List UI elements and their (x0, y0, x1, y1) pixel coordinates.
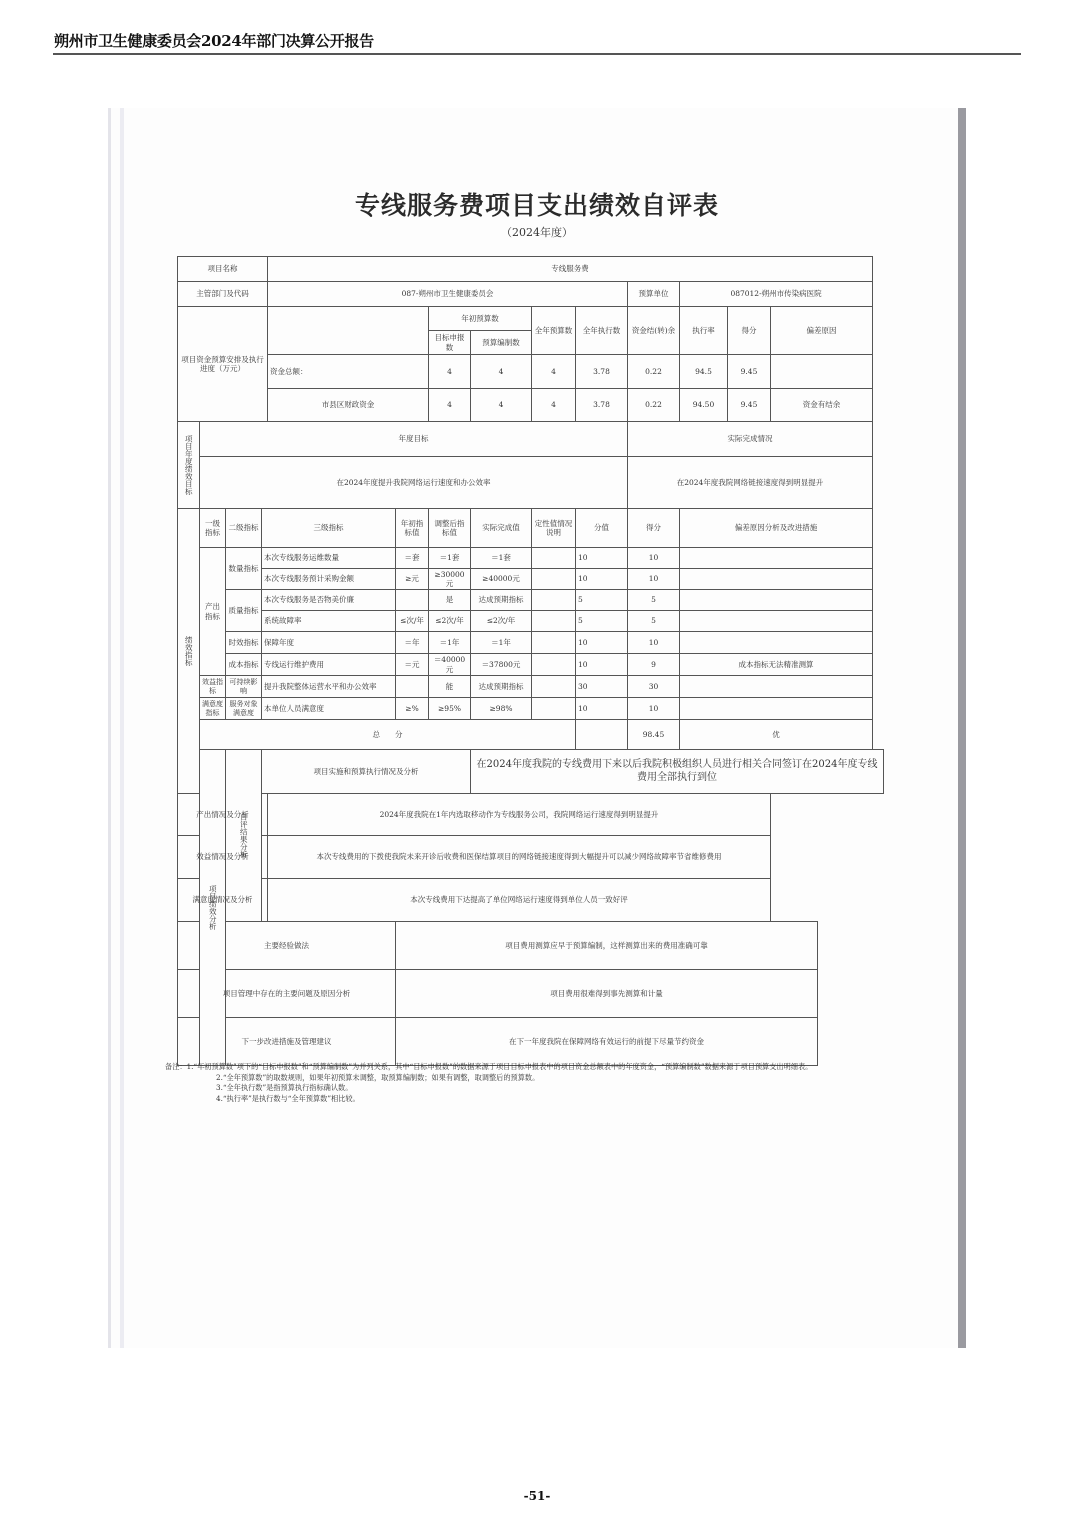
analysis-content: 项目费用测算应早于预算编制，这样测算出来的费用准确可靠 (396, 922, 818, 970)
annual-goal-text: 在2024年度提升我院网络运行速度和办公效率 (200, 457, 628, 509)
qualitative (532, 654, 576, 676)
deviation (680, 676, 873, 698)
deviation (680, 698, 873, 720)
indicator-row: 满意度指标 服务对象满意度 本单位人员满意度 ≥% ≥95% ≥98% 10 1… (178, 698, 884, 720)
deviation-header: 偏差原因 (771, 307, 873, 355)
analysis-row: 项目管理中存在的主要问题及原因分析 项目费用很难得到事先测算和计量 (178, 970, 884, 1018)
actual: 达成预期指标 (471, 590, 532, 611)
budget-executed: 3.78 (576, 389, 628, 422)
budget-full-year: 4 (532, 389, 576, 422)
total-weight (576, 720, 628, 750)
compiled-header: 预算编制数 (471, 331, 532, 355)
indicator-row: 产出指标 数量指标 本次专线服务运维数量 ＝套 ＝1套 ＝1套 10 10 (178, 548, 884, 569)
analysis-label: 下一步改进措施及管理建议 (178, 1018, 396, 1066)
weight: 5 (576, 611, 628, 632)
adjusted: ＝1年 (429, 632, 471, 654)
actual: ＝37800元 (471, 654, 532, 676)
actual: ≥40000元 (471, 569, 532, 590)
goals-content-row: 在2024年度提升我院网络运行速度和办公效率 在2024年度我院网络链接速度得到… (178, 457, 884, 509)
analysis-row: 项目绩效分析 自评结果分析 项目实施和预算执行情况及分析 在2024年度我院的专… (178, 750, 884, 794)
total-row: 总 分 98.45 优 (178, 720, 884, 750)
level1-output: 产出指标 (200, 548, 226, 676)
ind-score-header: 得分 (628, 509, 680, 548)
score: 10 (628, 632, 680, 654)
dept-value: 087-朔州市卫生健康委员会 (268, 282, 628, 307)
indicator-row: 系统故障率 ≤次/年 ≤2次/年 ≤2次/年 5 5 (178, 611, 884, 632)
project-name-label: 项目名称 (178, 257, 268, 282)
indicator-row: 质量指标 本次专线服务是否物美价廉 是 达成预期指标 5 5 (178, 590, 884, 611)
annual-goal-header: 年度目标 (200, 422, 628, 457)
level3: 专线运行维护费用 (262, 654, 396, 676)
initial: ≥% (396, 698, 429, 720)
deviation (680, 611, 873, 632)
score: 5 (628, 590, 680, 611)
performance-evaluation-table: 项目名称 专线服务费 主管部门及代码 087-朔州市卫生健康委员会 预算单位 0… (177, 256, 884, 1066)
level1-satisfaction: 满意度指标 (200, 698, 226, 720)
analysis-content: 2024年度我院在1年内选取移动作为专线服务公司，我院网络运行速度得到明显提升 (268, 794, 771, 836)
adjusted: ＝1套 (429, 548, 471, 569)
goals-header-row: 项目年度绩效目标 年度目标 实际完成情况 (178, 422, 884, 457)
footnotes: 备注：1.“年初预算数”项下的“目标申报数”和“预算编制数”为并列关系，其中“目… (165, 1062, 885, 1104)
qualitative (532, 611, 576, 632)
form-title: 专线服务费项目支出绩效自评表 (0, 186, 1074, 222)
weight: 10 (576, 632, 628, 654)
deviation (680, 632, 873, 654)
unit-value: 087012-朔州市传染病医院 (680, 282, 873, 307)
indicator-row: 本次专线服务预计采购金额 ≥元 ≥30000元 ≥40000元 10 10 (178, 569, 884, 590)
footnote: 4.“执行率”是执行数与“全年预算数”相比较。 (165, 1094, 885, 1105)
analysis-row: 下一步改进措施及管理建议 在下一年度我院在保障网络有效运行的前提下尽量节约资金 (178, 1018, 884, 1066)
budget-row: 市县区财政资金 4 4 4 3.78 0.22 94.50 9.45 资金有结余 (178, 389, 884, 422)
indicator-row: 时效指标 保障年度 ＝年 ＝1年 ＝1年 10 10 (178, 632, 884, 654)
score: 5 (628, 611, 680, 632)
adjusted: 能 (429, 676, 471, 698)
score: 30 (628, 676, 680, 698)
page-number: -51- (0, 1489, 1074, 1503)
score: 9 (628, 654, 680, 676)
analysis-content: 本次专线费用的下拨使我院未来开诊后收费和医保结算项目的网络链接速度得到大幅提升可… (268, 836, 771, 879)
initial: ＝套 (396, 548, 429, 569)
level3: 本次专线服务是否物美价廉 (262, 590, 396, 611)
deviation: 成本指标无法精准测算 (680, 654, 873, 676)
qualitative (532, 569, 576, 590)
actual: ＝1套 (471, 548, 532, 569)
level2-service-satisfaction: 服务对象满意度 (226, 698, 262, 720)
indicators-section-label: 绩效指标 (178, 509, 200, 794)
budget-blank-header (268, 307, 429, 355)
qualitative (532, 590, 576, 611)
project-name-value: 专线服务费 (268, 257, 873, 282)
level3: 提升我院整体运营水平和办公效率 (262, 676, 396, 698)
scan-edge (108, 108, 111, 1348)
qualitative (532, 548, 576, 569)
analysis-row: 效益情况及分析 本次专线费用的下拨使我院未来开诊后收费和医保结算项目的网络链接速… (178, 836, 884, 879)
target-header: 目标申报数 (429, 331, 471, 355)
analysis-row: 满意度情况及分析 本次专线费用下达提高了单位网络运行速度得到单位人员一致好评 (178, 879, 884, 922)
dept-label: 主管部门及代码 (178, 282, 268, 307)
budget-row: 资金总额： 4 4 4 3.78 0.22 94.5 9.45 (178, 355, 884, 389)
adjusted: ≤2次/年 (429, 611, 471, 632)
analysis-row: 主要经验做法 项目费用测算应早于预算编制，这样测算出来的费用准确可靠 (178, 922, 884, 970)
weight: 5 (576, 590, 628, 611)
budget-rate: 94.50 (680, 389, 728, 422)
level2-time: 时效指标 (226, 632, 262, 654)
weight: 10 (576, 569, 628, 590)
ind-deviation-header: 偏差原因分析及改进措施 (680, 509, 873, 548)
budget-compiled: 4 (471, 389, 532, 422)
initial (396, 590, 429, 611)
form-subtitle: （2024年度） (0, 224, 1074, 240)
level2-quality: 质量指标 (226, 590, 262, 632)
unit-label: 预算单位 (628, 282, 680, 307)
adjusted: ≥95% (429, 698, 471, 720)
deviation (680, 569, 873, 590)
budget-row-label: 市县区财政资金 (268, 389, 429, 422)
level3-header: 三级指标 (262, 509, 396, 548)
adjusted: ＝40000元 (429, 654, 471, 676)
analysis-row: 产出情况及分析 2024年度我院在1年内选取移动作为专线服务公司，我院网络运行速… (178, 794, 884, 836)
budget-section-label: 项目资金预算安排及执行进度（万元） (178, 307, 268, 422)
budget-executed: 3.78 (576, 355, 628, 389)
total-label: 总 分 (200, 720, 576, 750)
rate-header: 执行率 (680, 307, 728, 355)
score: 10 (628, 698, 680, 720)
analysis-label: 满意度情况及分析 (178, 879, 268, 922)
level2-header: 二级指标 (226, 509, 262, 548)
budget-score: 9.45 (728, 389, 771, 422)
weight-header: 分值 (576, 509, 628, 548)
actual: ≥98% (471, 698, 532, 720)
actual: ＝1年 (471, 632, 532, 654)
row-project-name: 项目名称 专线服务费 (178, 257, 884, 282)
total-score: 98.45 (628, 720, 680, 750)
indicator-row: 成本指标 专线运行维护费用 ＝元 ＝40000元 ＝37800元 10 9 成本… (178, 654, 884, 676)
level1-header: 一级指标 (200, 509, 226, 548)
row-department: 主管部门及代码 087-朔州市卫生健康委员会 预算单位 087012-朔州市传染… (178, 282, 884, 307)
initial: ＝元 (396, 654, 429, 676)
level3: 本次专线服务预计采购金额 (262, 569, 396, 590)
analysis-content: 在2024年度我院的专线费用下来以后我院积极组织人员进行相关合同签订在2024年… (471, 750, 884, 794)
weight: 30 (576, 676, 628, 698)
budget-compiled: 4 (471, 355, 532, 389)
level2-sustainable: 可持续影响 (226, 676, 262, 698)
initial: ≤次/年 (396, 611, 429, 632)
budget-deviation (771, 355, 873, 389)
initial (396, 676, 429, 698)
budget-rate: 94.5 (680, 355, 728, 389)
qualitative (532, 676, 576, 698)
qualitative (532, 632, 576, 654)
budget-full-year: 4 (532, 355, 576, 389)
budget-target: 4 (429, 389, 471, 422)
weight: 10 (576, 548, 628, 569)
footnote: 2.“全年预算数”的取数规则，如果年初预算未调整，取预算编制数；如果有调整，取调… (165, 1073, 885, 1084)
analysis-label: 产出情况及分析 (178, 794, 268, 836)
analysis-label: 项目实施和预算执行情况及分析 (262, 750, 471, 794)
initial-budget-group-header: 年初预算数 (429, 307, 532, 331)
score: 10 (628, 548, 680, 569)
deviation (680, 590, 873, 611)
analysis-content: 本次专线费用下达提高了单位网络运行速度得到单位人员一致好评 (268, 879, 771, 922)
indicator-row: 效益指标 可持续影响 提升我院整体运营水平和办公效率 能 达成预期指标 30 3… (178, 676, 884, 698)
budget-balance: 0.22 (628, 355, 680, 389)
deviation (680, 548, 873, 569)
running-header: 朔州市卫生健康委员会2024年部门决算公开报告 (54, 30, 374, 51)
actual: 达成预期指标 (471, 676, 532, 698)
full-year-budget-header: 全年预算数 (532, 307, 576, 355)
score-header: 得分 (728, 307, 771, 355)
budget-score: 9.45 (728, 355, 771, 389)
weight: 10 (576, 654, 628, 676)
initial-value-header: 年初指标值 (396, 509, 429, 548)
adjusted: ≥30000元 (429, 569, 471, 590)
actual-value-header: 实际完成值 (471, 509, 532, 548)
indicators-header-row: 绩效指标 一级指标 二级指标 三级指标 年初指标值 调整后指标值 实际完成值 定… (178, 509, 884, 548)
goals-section-label: 项目年度绩效目标 (178, 422, 200, 509)
analysis-content: 项目费用很难得到事先测算和计量 (396, 970, 818, 1018)
budget-target: 4 (429, 355, 471, 389)
level3: 本次专线服务运维数量 (262, 548, 396, 569)
budget-header-row-1: 项目资金预算安排及执行进度（万元） 年初预算数 全年预算数 全年执行数 资金结(… (178, 307, 884, 331)
balance-header: 资金结(转)余 (628, 307, 680, 355)
level3: 系统故障率 (262, 611, 396, 632)
scan-edge (958, 108, 966, 1348)
initial: ≥元 (396, 569, 429, 590)
adjusted: 是 (429, 590, 471, 611)
actual-completion-header: 实际完成情况 (628, 422, 873, 457)
header-rule (53, 53, 1021, 55)
weight: 10 (576, 698, 628, 720)
actual-completion-text: 在2024年度我院网络链接速度得到明显提升 (628, 457, 873, 509)
actual: ≤2次/年 (471, 611, 532, 632)
level1-benefit: 效益指标 (200, 676, 226, 698)
level2-quantity: 数量指标 (226, 548, 262, 590)
level2-cost: 成本指标 (226, 654, 262, 676)
level3: 保障年度 (262, 632, 396, 654)
analysis-label: 效益情况及分析 (178, 836, 268, 879)
budget-balance: 0.22 (628, 389, 680, 422)
analysis-content: 在下一年度我院在保障网络有效运行的前提下尽量节约资金 (396, 1018, 818, 1066)
score: 10 (628, 569, 680, 590)
scan-edge (120, 108, 124, 1348)
initial: ＝年 (396, 632, 429, 654)
adjusted-value-header: 调整后指标值 (429, 509, 471, 548)
analysis-label: 项目管理中存在的主要问题及原因分析 (178, 970, 396, 1018)
budget-deviation: 资金有结余 (771, 389, 873, 422)
budget-row-label: 资金总额： (268, 355, 429, 389)
qualitative (532, 698, 576, 720)
footnote: 3.“全年执行数”是指预算执行指标确认数。 (165, 1083, 885, 1094)
footnote: 备注：1.“年初预算数”项下的“目标申报数”和“预算编制数”为并列关系，其中“目… (165, 1062, 885, 1073)
level3: 本单位人员满意度 (262, 698, 396, 720)
grade: 优 (680, 720, 873, 750)
executed-header: 全年执行数 (576, 307, 628, 355)
qualitative-header: 定性值情况说明 (532, 509, 576, 548)
